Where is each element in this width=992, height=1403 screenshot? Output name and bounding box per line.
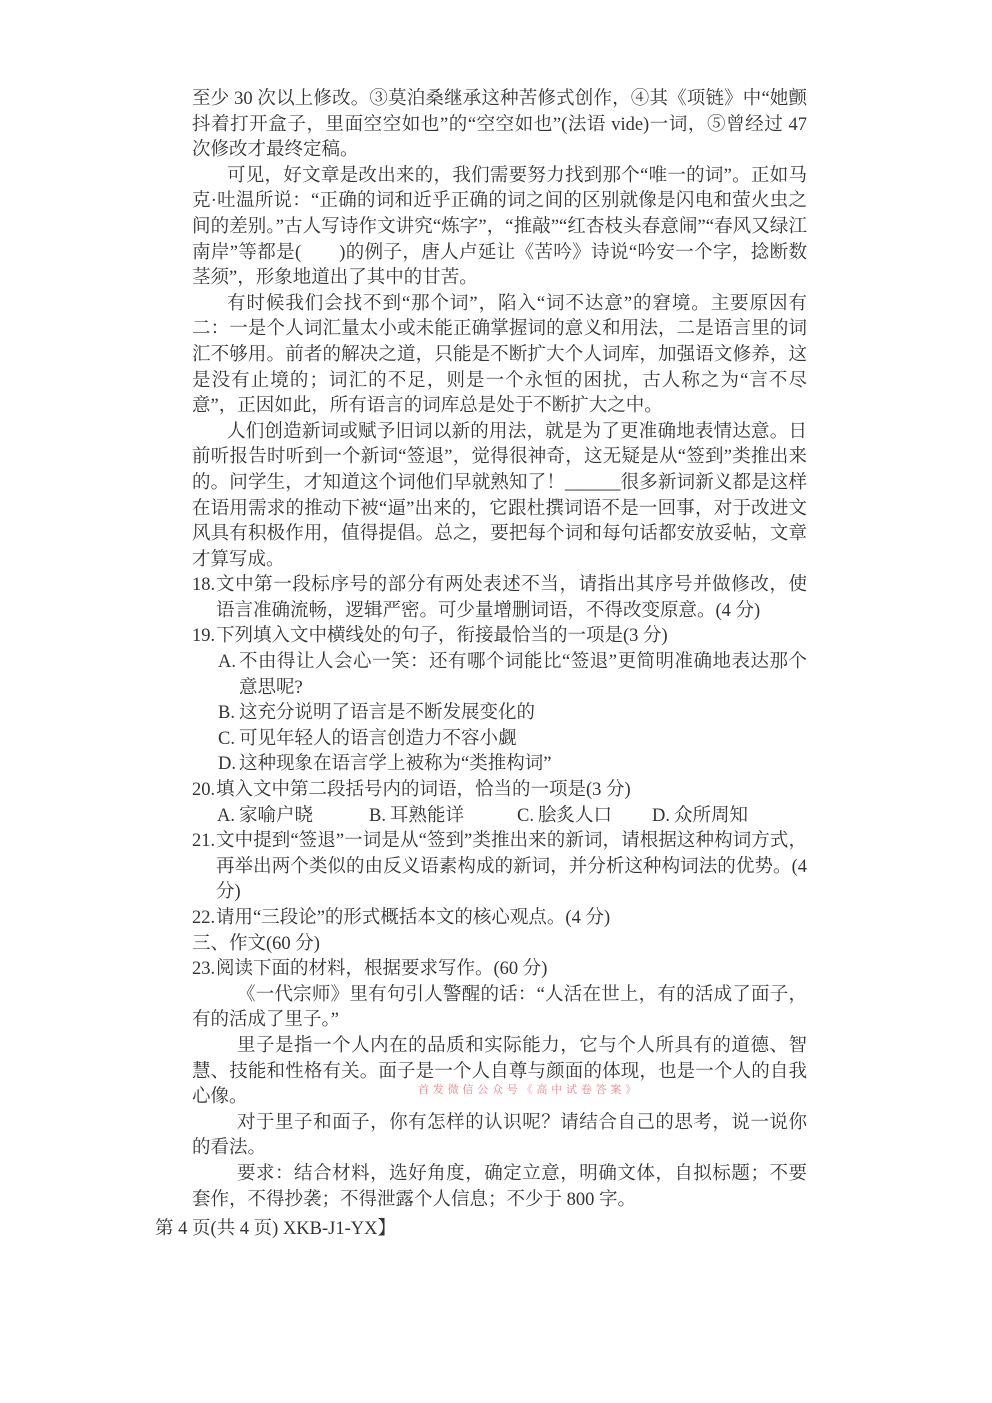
question-19-option-d: D. 这种现象在语言学上被称为“类推构词” — [192, 752, 807, 778]
question-22-number: 22. — [192, 906, 216, 932]
material-paragraph: 里子是指一个人内在的品质和实际能力，它与个人所具有的道德、智慧、技能和性格有关。… — [192, 1034, 807, 1111]
question-18: 18. 文中第一段标序号的部分有两处表述不当，请指出其序号并做修改，使语言准确流… — [192, 573, 807, 624]
question-20-option-c: C.脍炙人口 — [517, 804, 652, 830]
question-20-number: 20. — [192, 778, 216, 804]
exam-page: 至少 30 次以上修改。③莫泊桑继承这种苦修式创作，④其《项链》中“她颤抖着打开… — [0, 0, 992, 1403]
section-heading-composition: 三、作文(60 分) — [192, 932, 807, 958]
question-20-options: A.家喻户晓 B.耳熟能详 C.脍炙人口 D.众所周知 — [192, 804, 807, 830]
question-21-number: 21. — [192, 829, 216, 906]
question-22-text: 请用“三段论”的形式概括本文的核心观点。(4 分) — [216, 906, 807, 932]
option-label: D. — [218, 752, 239, 778]
material-paragraph: 要求：结合材料，选好角度，确定立意，明确文体，自拟标题；不要套作，不得抄袭；不得… — [192, 1162, 807, 1213]
option-label: C. — [517, 806, 534, 826]
page-footer: 第 4 页(共 4 页) XKB-J1-YX】 — [155, 1214, 396, 1240]
question-19-option-a: A. 不由得让人会心一笑：还有哪个词能比“签退”更简明准确地表达那个意思呢? — [192, 650, 807, 701]
question-20-option-b: B.耳熟能详 — [369, 804, 517, 830]
question-20-option-a: A.家喻户晓 — [217, 804, 369, 830]
body-paragraph: 可见，好文章是改出来的，我们需要努力找到那个“唯一的词”。正如马克·吐温所说：“… — [192, 164, 807, 292]
question-19: 19. 下列填入文中横线处的句子，衔接最恰当的一项是(3 分) — [192, 624, 807, 650]
material-paragraph: 对于里子和面子，你有怎样的认识呢？请结合自己的思考，说一说你的看法。 — [192, 1111, 807, 1162]
option-text: 众所周知 — [674, 806, 748, 826]
question-21-text: 文中提到“签退”一词是从“签到”类推出来的新词，请根据这种构词方式，再举出两个类… — [216, 829, 807, 906]
question-18-number: 18. — [192, 573, 216, 624]
option-text: 脍炙人口 — [538, 806, 612, 826]
question-23: 23. 阅读下面的材料，根据要求写作。(60 分) — [192, 957, 807, 983]
question-18-text: 文中第一段标序号的部分有两处表述不当，请指出其序号并做修改，使语言准确流畅，逻辑… — [216, 573, 807, 624]
option-label: D. — [652, 806, 670, 826]
option-label: A. — [217, 806, 235, 826]
body-paragraph: 有时候我们会找不到“那个词”，陷入“词不达意”的窘境。主要原因有二：一是个人词汇… — [192, 292, 807, 420]
option-text: 耳熟能详 — [390, 806, 464, 826]
option-text: 不由得让人会心一笑：还有哪个词能比“签退”更简明准确地表达那个意思呢? — [239, 650, 807, 701]
watermark: 首发微信公众号《高中试卷答案》 — [418, 1081, 640, 1097]
question-20: 20. 填入文中第二段括号内的词语，恰当的一项是(3 分) — [192, 778, 807, 804]
option-text: 家喻户晓 — [239, 806, 313, 826]
option-text: 可见年轻人的语言创造力不容小觑 — [239, 727, 807, 753]
option-label: A. — [218, 650, 239, 701]
question-19-option-b: B. 这充分说明了语言是不断发展变化的 — [192, 701, 807, 727]
option-label: C. — [218, 727, 239, 753]
material-paragraph: 《一代宗师》里有句引人警醒的话：“人活在世上，有的活成了面子，有的活成了里子。” — [192, 983, 807, 1034]
question-22: 22. 请用“三段论”的形式概括本文的核心观点。(4 分) — [192, 906, 807, 932]
option-text: 这充分说明了语言是不断发展变化的 — [239, 701, 807, 727]
option-label: B. — [369, 806, 386, 826]
question-23-number: 23. — [192, 957, 216, 983]
question-20-text: 填入文中第二段括号内的词语，恰当的一项是(3 分) — [216, 778, 807, 804]
body-paragraph-continuation: 至少 30 次以上修改。③莫泊桑继承这种苦修式创作，④其《项链》中“她颤抖着打开… — [192, 87, 807, 164]
question-19-number: 19. — [192, 624, 216, 650]
question-19-options: A. 不由得让人会心一笑：还有哪个词能比“签退”更简明准确地表达那个意思呢? B… — [192, 650, 807, 778]
question-19-option-c: C. 可见年轻人的语言创造力不容小觑 — [192, 727, 807, 753]
document-content: 至少 30 次以上修改。③莫泊桑继承这种苦修式创作，④其《项链》中“她颤抖着打开… — [192, 87, 807, 1213]
option-text: 这种现象在语言学上被称为“类推构词” — [239, 752, 807, 778]
question-20-option-d: D.众所周知 — [652, 804, 807, 830]
question-21: 21. 文中提到“签退”一词是从“签到”类推出来的新词，请根据这种构词方式，再举… — [192, 829, 807, 906]
option-label: B. — [218, 701, 239, 727]
question-19-text: 下列填入文中横线处的句子，衔接最恰当的一项是(3 分) — [216, 624, 807, 650]
body-paragraph: 人们创造新词或赋予旧词以新的用法，就是为了更准确地表情达意。日前听报告时听到一个… — [192, 420, 807, 574]
question-23-text: 阅读下面的材料，根据要求写作。(60 分) — [216, 957, 807, 983]
